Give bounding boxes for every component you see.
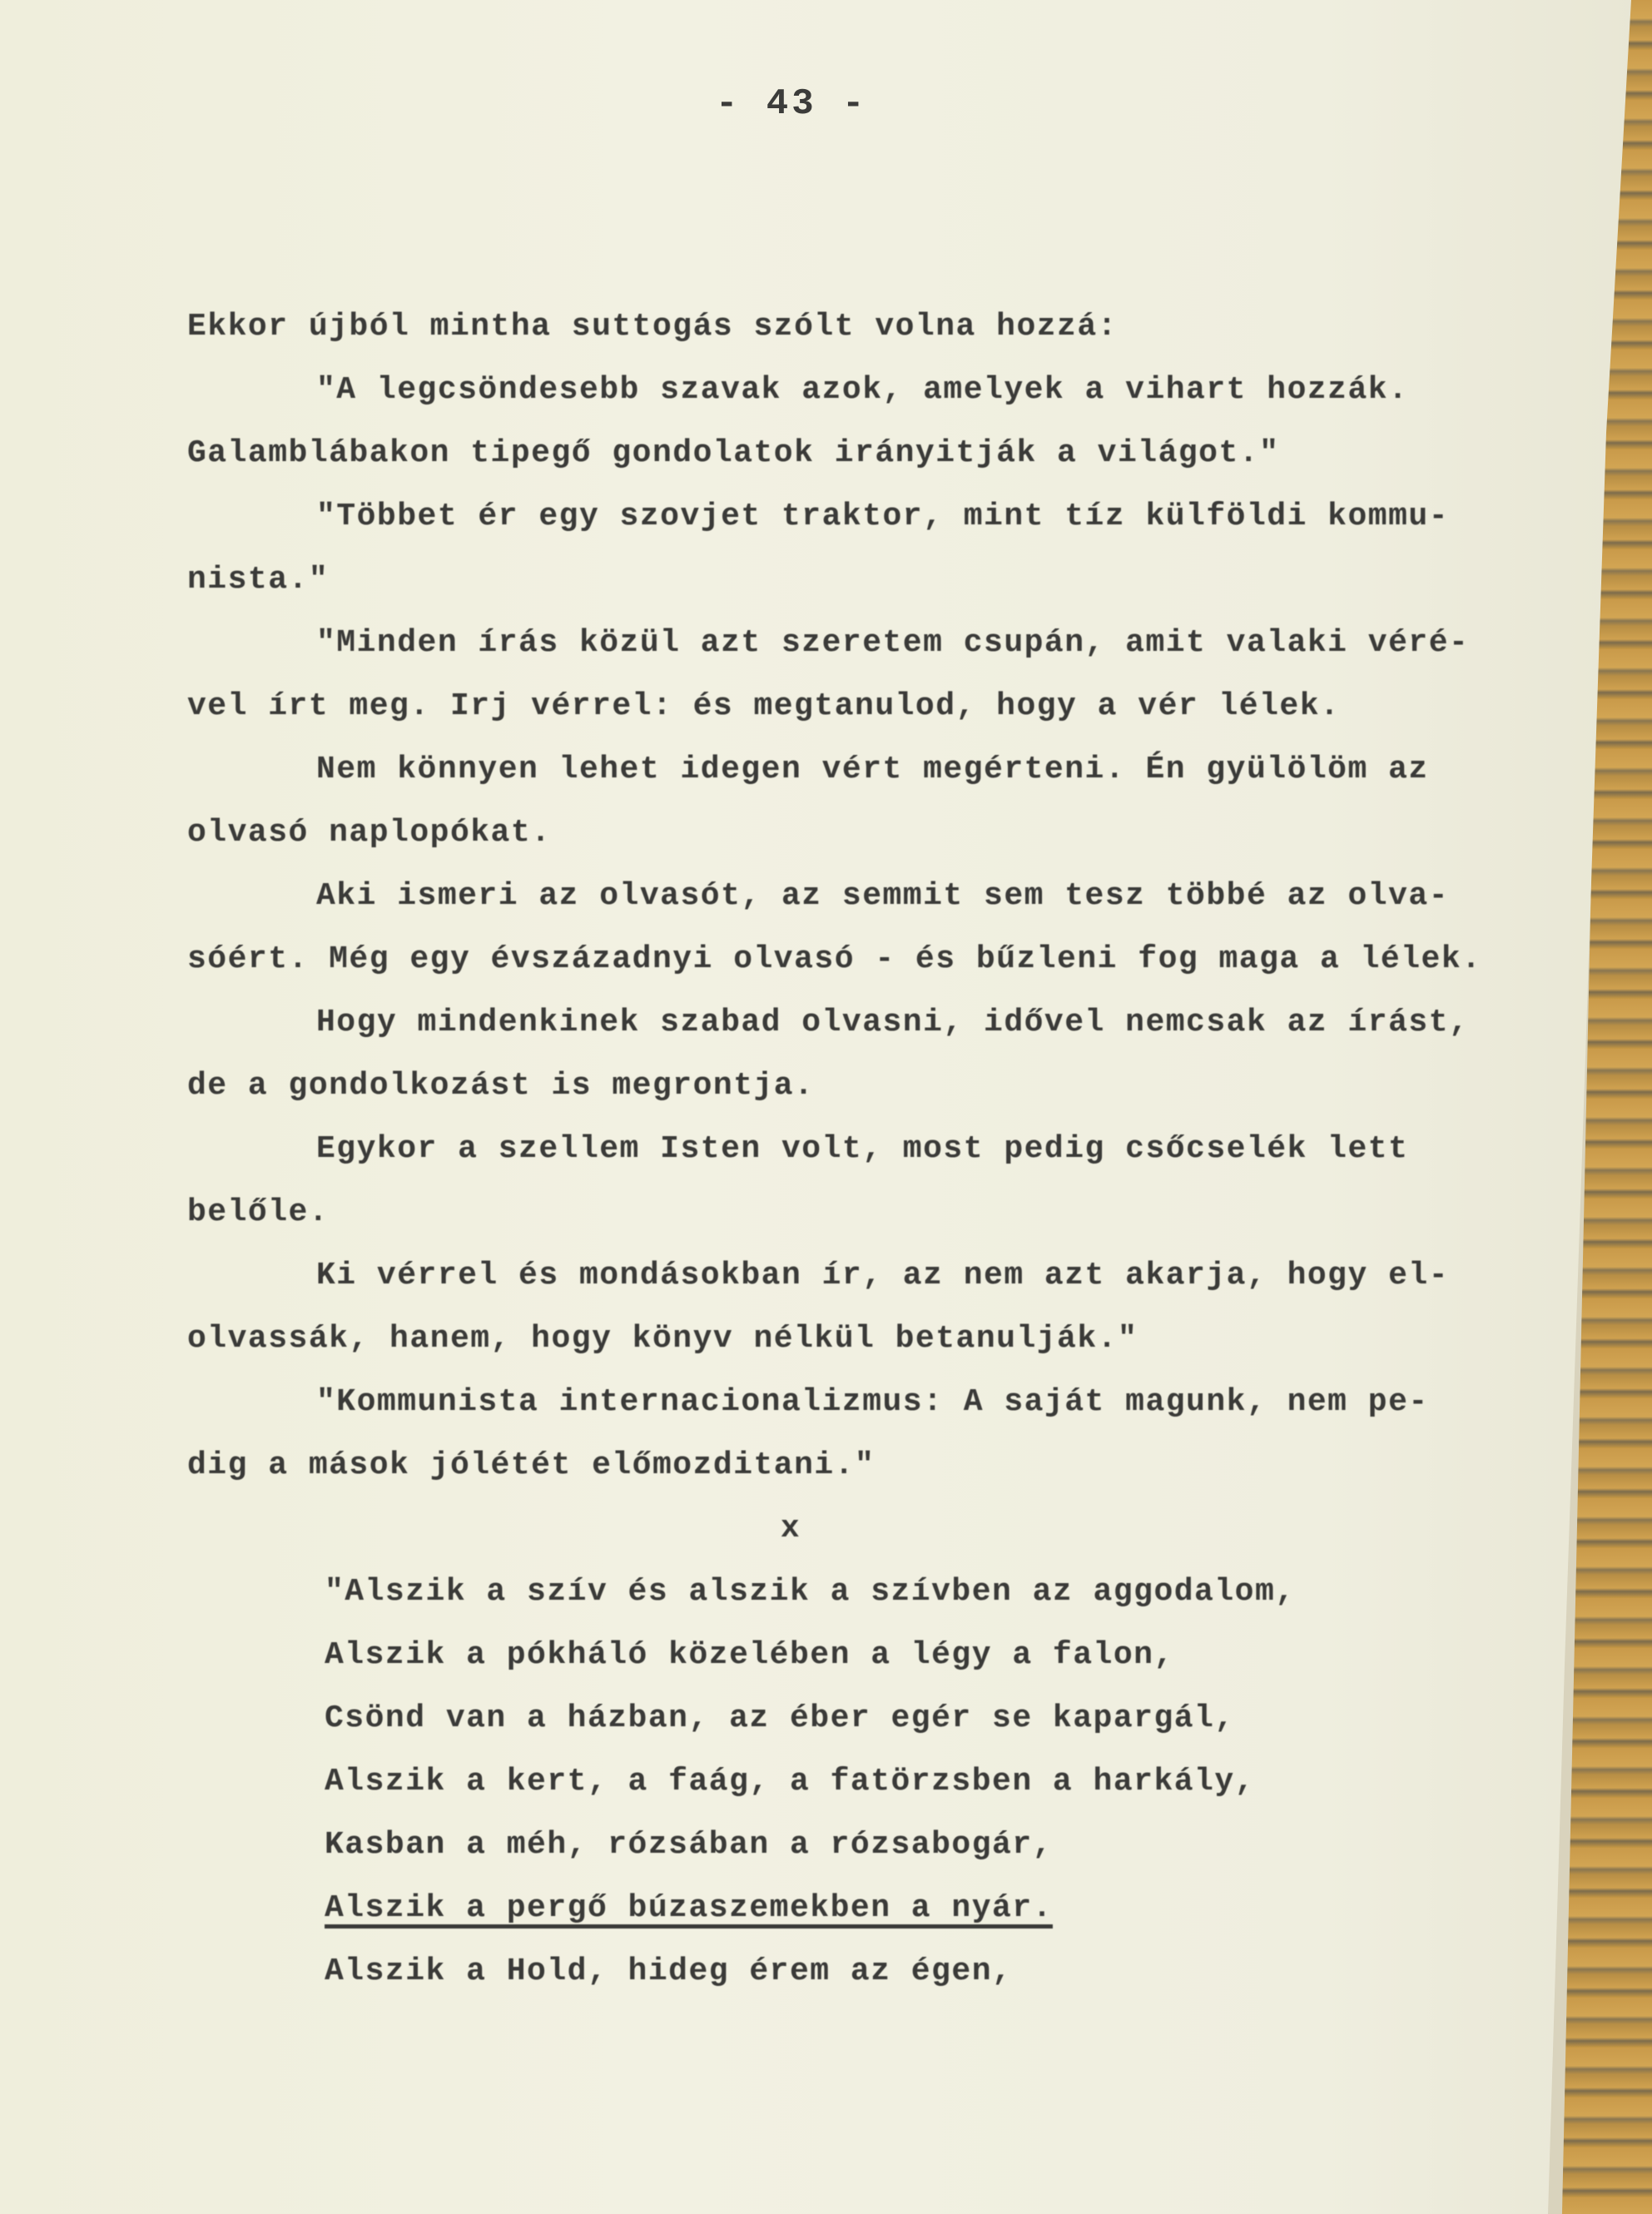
page-number: - 43 - <box>716 83 867 125</box>
prose-line: vel írt meg. Irj vérrel: és megtanulod, … <box>187 675 1535 738</box>
prose-section: Ekkor újból mintha suttogás szólt volna … <box>187 295 1535 1497</box>
prose-line: dig a mások jólétét előmozditani." <box>187 1434 1535 1497</box>
page-body: Ekkor újból mintha suttogás szólt volna … <box>187 295 1535 2003</box>
verse-text: Alszik a kert, a faág, a fatörzsben a ha… <box>325 1764 1255 1799</box>
poem-line: Alszik a Hold, hideg érem az égen, <box>187 1940 1535 2003</box>
prose-line: Galamblábakon tipegő gondolatok irányitj… <box>187 422 1535 485</box>
prose-line: nista." <box>187 549 1535 612</box>
prose-line: sóért. Még egy évszázadnyi olvasó - és b… <box>187 928 1535 991</box>
verse-text: Alszik a pókháló közelében a légy a falo… <box>325 1637 1174 1673</box>
verse-text: Csönd van a házban, az éber egér se kapa… <box>325 1700 1235 1736</box>
verse-text: Alszik a Hold, hideg érem az égen, <box>325 1953 1012 1989</box>
prose-line: olvassák, hanem, hogy könyv nélkül betan… <box>187 1308 1535 1371</box>
poem-line: Alszik a pókháló közelében a légy a falo… <box>187 1624 1535 1687</box>
poem-line: Kasban a méh, rózsában a rózsabogár, <box>187 1814 1535 1877</box>
typewritten-page: - 43 - Ekkor újból mintha suttogás szólt… <box>0 0 1652 2214</box>
underlined-verse: Alszik a pergő búzaszemekben a nyár. <box>325 1890 1053 1926</box>
prose-line: "A legcsöndesebb szavak azok, amelyek a … <box>187 359 1535 422</box>
prose-line: Ki vérrel és mondásokban ír, az nem azt … <box>187 1244 1535 1308</box>
prose-line: belőle. <box>187 1181 1535 1244</box>
poem-section: "Alszik a szív és alszik a szívben az ag… <box>187 1561 1535 2003</box>
section-separator: x <box>46 1497 1535 1561</box>
verse-text: "Alszik a szív és alszik a szívben az ag… <box>325 1574 1296 1610</box>
prose-line: "Többet ér egy szovjet traktor, mint tíz… <box>187 485 1535 549</box>
poem-line: "Alszik a szív és alszik a szívben az ag… <box>187 1561 1535 1624</box>
prose-line: de a gondolkozást is megrontja. <box>187 1055 1535 1118</box>
prose-line: Egykor a szellem Isten volt, most pedig … <box>187 1118 1535 1181</box>
poem-line: Alszik a pergő búzaszemekben a nyár. <box>187 1877 1535 1940</box>
verse-text: Kasban a méh, rózsában a rózsabogár, <box>325 1827 1053 1863</box>
prose-line: "Kommunista internacionalizmus: A saját … <box>187 1371 1535 1434</box>
prose-line: Ekkor újból mintha suttogás szólt volna … <box>187 295 1535 359</box>
poem-line: Csönd van a házban, az éber egér se kapa… <box>187 1687 1535 1750</box>
prose-line: Hogy mindenkinek szabad olvasni, idővel … <box>187 991 1535 1055</box>
prose-line: olvasó naplopókat. <box>187 802 1535 865</box>
prose-line: Aki ismeri az olvasót, az semmit sem tes… <box>187 865 1535 928</box>
prose-line: Nem könnyen lehet idegen vért megérteni.… <box>187 738 1535 802</box>
prose-line: "Minden írás közül azt szeretem csupán, … <box>187 612 1535 675</box>
poem-line: Alszik a kert, a faág, a fatörzsben a ha… <box>187 1750 1535 1814</box>
